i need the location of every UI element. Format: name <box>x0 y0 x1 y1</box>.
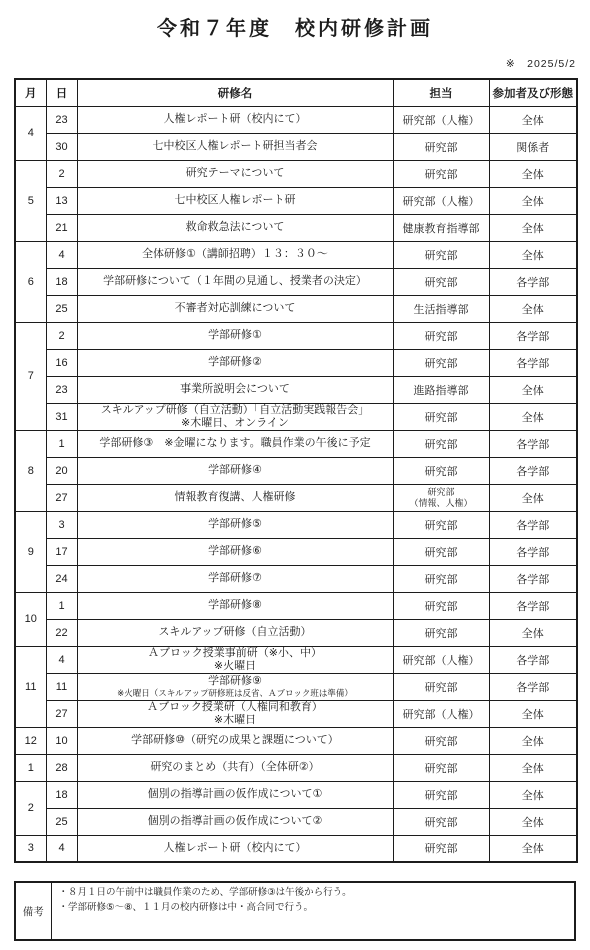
training-name: 事業所説明会について <box>180 383 290 395</box>
charge-cell: 研究部（人権） <box>393 106 489 133</box>
training-name-note: ※木曜日 <box>78 714 393 727</box>
participants-cell: 全体 <box>489 835 577 862</box>
day-cell: 24 <box>46 565 77 592</box>
charge-cell: 研究部 <box>393 835 489 862</box>
schedule-row: 72学部研修①研究部各学部 <box>15 322 577 349</box>
charge-cell: 進路指導部 <box>393 376 489 403</box>
charge-cell: 研究部 <box>393 403 489 430</box>
participants-cell: 各学部 <box>489 511 577 538</box>
day-cell: 1 <box>46 592 77 619</box>
training-name: 学部研修② <box>208 356 262 368</box>
day-cell: 16 <box>46 349 77 376</box>
charge-name: 研究部（人権） <box>403 115 480 127</box>
charge-cell: 研究部 <box>393 241 489 268</box>
charge-name: 研究部 <box>425 763 458 775</box>
participants-cell: 各学部 <box>489 565 577 592</box>
training-name-cell: 七中校区人権レポート研 <box>77 187 393 214</box>
charge-name: 研究部 <box>425 520 458 532</box>
day-cell: 13 <box>46 187 77 214</box>
schedule-row: 23事業所説明会について進路指導部全体 <box>15 376 577 403</box>
document-page: 令和７年度 校内研修計画 ※ 2025/5/2 月 日 研修名 担当 参加者及び… <box>0 12 590 941</box>
charge-name: 研究部 <box>425 817 458 829</box>
charge-name: 研究部（人権） <box>403 196 480 208</box>
remarks-row: 備考 ・８月１日の午前中は職員作業のため、学部研修③は午後から行う。 ・学部研修… <box>15 882 575 940</box>
charge-name: 研究部 <box>425 277 458 289</box>
day-cell: 28 <box>46 754 77 781</box>
training-name-cell: 個別の指導計画の仮作成について② <box>77 808 393 835</box>
day-cell: 22 <box>46 619 77 646</box>
month-cell: 4 <box>15 106 46 160</box>
participants-cell: 各学部 <box>489 268 577 295</box>
training-name: 研究のまとめ（共有）（全体研②） <box>150 761 319 773</box>
training-name: 七中校区人権レポート研 <box>175 194 296 206</box>
participants-cell: 全体 <box>489 160 577 187</box>
charge-note: （情報、人権） <box>394 498 489 509</box>
training-name: Ａブロック授業事前研（※小、中） <box>148 647 322 659</box>
training-name: 全体研修①（講師招聘）１３：３０～ <box>142 248 328 260</box>
participants-cell: 関係者 <box>489 133 577 160</box>
training-name-cell: Ａブロック授業事前研（※小、中）※火曜日 <box>77 646 393 673</box>
charge-name: 研究部 <box>425 358 458 370</box>
training-name: 不審者対応訓練について <box>175 302 296 314</box>
training-name: 学部研修について（１年間の見通し、授業者の決定） <box>103 275 367 287</box>
day-cell: 4 <box>46 835 77 862</box>
training-name-cell: 人権レポート研（校内にて） <box>77 835 393 862</box>
schedule-row: 21救命救急法について健康教育指導部全体 <box>15 214 577 241</box>
schedule-row: 27情報教育復講、人権研修研究部（情報、人権）全体 <box>15 484 577 511</box>
training-name: 人権レポート研（校内にて） <box>164 842 307 854</box>
training-name-cell: スキルアップ研修（自立活動） <box>77 619 393 646</box>
month-cell: 11 <box>15 646 46 727</box>
month-cell: 7 <box>15 322 46 430</box>
training-name-cell: 情報教育復講、人権研修 <box>77 484 393 511</box>
training-name-cell: Ａブロック授業研（人権同和教育）※木曜日 <box>77 700 393 727</box>
training-name-cell: 不審者対応訓練について <box>77 295 393 322</box>
schedule-body: 423人権レポート研（校内にて）研究部（人権）全体30七中校区人権レポート研担当… <box>15 106 577 862</box>
day-cell: 25 <box>46 295 77 322</box>
training-name-note: ※火曜日（スキルアップ研修班は反省、Ａブロック班は準備） <box>78 688 393 698</box>
month-cell: 6 <box>15 241 46 322</box>
training-name: 研究テーマについて <box>186 167 285 179</box>
schedule-row: 25不審者対応訓練について生活指導部全体 <box>15 295 577 322</box>
participants-cell: 全体 <box>489 106 577 133</box>
training-name: 救命救急法について <box>186 221 285 233</box>
schedule-row: 114Ａブロック授業事前研（※小、中）※火曜日研究部（人権）各学部 <box>15 646 577 673</box>
charge-cell: 研究部（人権） <box>393 700 489 727</box>
training-name: Ａブロック授業研（人権同和教育） <box>147 701 323 713</box>
charge-cell: 研究部 <box>393 673 489 700</box>
training-name-cell: 学部研修① <box>77 322 393 349</box>
training-name-cell: 学部研修⑦ <box>77 565 393 592</box>
charge-cell: 研究部（情報、人権） <box>393 484 489 511</box>
header-day: 日 <box>46 79 77 106</box>
charge-name: 健康教育指導部 <box>403 223 480 235</box>
training-name: 情報教育復講、人権研修 <box>175 491 296 503</box>
day-cell: 4 <box>46 646 77 673</box>
participants-cell: 各学部 <box>489 430 577 457</box>
training-name: 学部研修⑨ <box>208 675 262 687</box>
day-cell: 18 <box>46 268 77 295</box>
participants-cell: 各学部 <box>489 349 577 376</box>
training-name: 個別の指導計画の仮作成について② <box>148 815 323 827</box>
training-name: 個別の指導計画の仮作成について① <box>148 788 323 800</box>
training-name: 学部研修④ <box>208 464 262 476</box>
training-name: スキルアップ研修（自立活動） <box>158 626 311 638</box>
remarks-line: ・８月１日の午前中は職員作業のため、学部研修③は午後から行う。 <box>59 886 568 901</box>
training-name-cell: 学部研修について（１年間の見通し、授業者の決定） <box>77 268 393 295</box>
training-name-cell: 学部研修⑤ <box>77 511 393 538</box>
charge-name: 研究部 <box>425 412 458 424</box>
page-title: 令和７年度 校内研修計画 <box>0 12 590 41</box>
schedule-row: 52研究テーマについて研究部全体 <box>15 160 577 187</box>
training-name: 学部研修⑦ <box>208 572 262 584</box>
participants-cell: 全体 <box>489 781 577 808</box>
day-cell: 4 <box>46 241 77 268</box>
schedule-row: 27Ａブロック授業研（人権同和教育）※木曜日研究部（人権）全体 <box>15 700 577 727</box>
participants-cell: 各学部 <box>489 592 577 619</box>
month-cell: 12 <box>15 727 46 754</box>
training-name-cell: 学部研修② <box>77 349 393 376</box>
charge-name: 研究部 <box>425 547 458 559</box>
participants-cell: 全体 <box>489 187 577 214</box>
day-cell: 17 <box>46 538 77 565</box>
training-name-cell: 個別の指導計画の仮作成について① <box>77 781 393 808</box>
schedule-row: 18学部研修について（１年間の見通し、授業者の決定）研究部各学部 <box>15 268 577 295</box>
charge-name: 研究部 <box>394 487 489 498</box>
schedule-row: 17学部研修⑥研究部各学部 <box>15 538 577 565</box>
day-cell: 11 <box>46 673 77 700</box>
remarks-content: ・８月１日の午前中は職員作業のため、学部研修③は午後から行う。 ・学部研修⑤～⑧… <box>51 882 575 940</box>
participants-cell: 各学部 <box>489 673 577 700</box>
charge-name: 研究部 <box>425 790 458 802</box>
charge-cell: 研究部 <box>393 781 489 808</box>
training-name: 学部研修⑧ <box>208 599 262 611</box>
schedule-row: 93学部研修⑤研究部各学部 <box>15 511 577 538</box>
training-name: 学部研修⑩（研究の成果と課題について） <box>131 734 339 746</box>
schedule-row: 25個別の指導計画の仮作成について②研究部全体 <box>15 808 577 835</box>
schedule-row: 20学部研修④研究部各学部 <box>15 457 577 484</box>
schedule-row: 128研究のまとめ（共有）（全体研②）研究部全体 <box>15 754 577 781</box>
header-charge: 担当 <box>393 79 489 106</box>
remarks-label: 備考 <box>15 882 51 940</box>
participants-cell: 全体 <box>489 376 577 403</box>
day-cell: 23 <box>46 376 77 403</box>
charge-cell: 研究部 <box>393 160 489 187</box>
charge-cell: 研究部 <box>393 538 489 565</box>
training-name: 学部研修⑥ <box>208 545 262 557</box>
charge-name: 研究部 <box>425 466 458 478</box>
charge-name: 生活指導部 <box>414 304 469 316</box>
month-cell: 9 <box>15 511 46 592</box>
day-cell: 2 <box>46 322 77 349</box>
charge-cell: 研究部 <box>393 619 489 646</box>
training-name-cell: 学部研修④ <box>77 457 393 484</box>
charge-cell: 研究部（人権） <box>393 187 489 214</box>
header-participants: 参加者及び形態 <box>489 79 577 106</box>
charge-name: 研究部 <box>425 439 458 451</box>
charge-cell: 研究部 <box>393 133 489 160</box>
participants-cell: 全体 <box>489 727 577 754</box>
charge-name: 研究部 <box>425 142 458 154</box>
participants-cell: 全体 <box>489 484 577 511</box>
training-name-cell: スキルアップ研修（自立活動）「自立活動実践報告会」※木曜日、オンライン <box>77 403 393 430</box>
charge-name: 研究部（人権） <box>403 655 480 667</box>
day-cell: 25 <box>46 808 77 835</box>
charge-cell: 研究部 <box>393 349 489 376</box>
schedule-row: 64全体研修①（講師招聘）１３：３０～研究部全体 <box>15 241 577 268</box>
charge-name: 研究部（人権） <box>403 709 480 721</box>
training-name-cell: 救命救急法について <box>77 214 393 241</box>
month-cell: 5 <box>15 160 46 241</box>
charge-cell: 研究部 <box>393 322 489 349</box>
training-name: 学部研修① <box>208 329 262 341</box>
training-name: 学部研修③ ※金曜になります。職員作業の午後に予定 <box>99 437 370 449</box>
day-cell: 31 <box>46 403 77 430</box>
training-name-cell: 七中校区人権レポート研担当者会 <box>77 133 393 160</box>
training-name-cell: 研究のまとめ（共有）（全体研②） <box>77 754 393 781</box>
training-name-cell: 学部研修③ ※金曜になります。職員作業の午後に予定 <box>77 430 393 457</box>
day-cell: 27 <box>46 700 77 727</box>
training-name-cell: 学部研修⑩（研究の成果と課題について） <box>77 727 393 754</box>
schedule-row: 1210学部研修⑩（研究の成果と課題について）研究部全体 <box>15 727 577 754</box>
participants-cell: 各学部 <box>489 322 577 349</box>
charge-name: 研究部 <box>425 843 458 855</box>
participants-cell: 全体 <box>489 214 577 241</box>
participants-cell: 全体 <box>489 808 577 835</box>
participants-cell: 全体 <box>489 295 577 322</box>
month-cell: 2 <box>15 781 46 835</box>
header-row: 月 日 研修名 担当 参加者及び形態 <box>15 79 577 106</box>
day-cell: 27 <box>46 484 77 511</box>
training-name-cell: 全体研修①（講師招聘）１３：３０～ <box>77 241 393 268</box>
charge-cell: 研究部 <box>393 430 489 457</box>
day-cell: 10 <box>46 727 77 754</box>
day-cell: 20 <box>46 457 77 484</box>
day-cell: 3 <box>46 511 77 538</box>
day-cell: 21 <box>46 214 77 241</box>
training-name-cell: 研究テーマについて <box>77 160 393 187</box>
training-name-cell: 学部研修⑨※火曜日（スキルアップ研修班は反省、Ａブロック班は準備） <box>77 673 393 700</box>
schedule-row: 24学部研修⑦研究部各学部 <box>15 565 577 592</box>
charge-name: 研究部 <box>425 331 458 343</box>
charge-name: 研究部 <box>425 250 458 262</box>
date-note: ※ 2025/5/2 <box>14 56 576 71</box>
schedule-row: 423人権レポート研（校内にて）研究部（人権）全体 <box>15 106 577 133</box>
training-name-cell: 学部研修⑥ <box>77 538 393 565</box>
training-name-note: ※火曜日 <box>78 660 393 673</box>
day-cell: 1 <box>46 430 77 457</box>
participants-cell: 全体 <box>489 403 577 430</box>
charge-name: 進路指導部 <box>414 385 469 397</box>
header-month: 月 <box>15 79 46 106</box>
training-name: スキルアップ研修（自立活動）「自立活動実践報告会」 <box>101 404 370 416</box>
month-cell: 3 <box>15 835 46 862</box>
schedule-row: 81学部研修③ ※金曜になります。職員作業の午後に予定研究部各学部 <box>15 430 577 457</box>
schedule-row: 34人権レポート研（校内にて）研究部全体 <box>15 835 577 862</box>
charge-cell: 研究部 <box>393 268 489 295</box>
participants-cell: 全体 <box>489 700 577 727</box>
charge-name: 研究部 <box>425 169 458 181</box>
charge-cell: 研究部 <box>393 565 489 592</box>
charge-cell: 生活指導部 <box>393 295 489 322</box>
training-name-cell: 事業所説明会について <box>77 376 393 403</box>
charge-cell: 研究部 <box>393 727 489 754</box>
schedule-row: 22スキルアップ研修（自立活動）研究部全体 <box>15 619 577 646</box>
remarks-line: ・学部研修⑤～⑧、１１月の校内研修は中・高合同で行う。 <box>59 901 568 916</box>
charge-cell: 研究部 <box>393 808 489 835</box>
training-name-note: ※木曜日、オンライン <box>78 417 393 430</box>
day-cell: 18 <box>46 781 77 808</box>
participants-cell: 全体 <box>489 619 577 646</box>
charge-name: 研究部 <box>425 628 458 640</box>
charge-name: 研究部 <box>425 736 458 748</box>
charge-name: 研究部 <box>425 601 458 613</box>
header-training-name: 研修名 <box>77 79 393 106</box>
schedule-row: 13七中校区人権レポート研研究部（人権）全体 <box>15 187 577 214</box>
charge-name: 研究部 <box>425 682 458 694</box>
training-name: 七中校区人権レポート研担当者会 <box>153 140 318 152</box>
participants-cell: 各学部 <box>489 538 577 565</box>
charge-cell: 研究部 <box>393 511 489 538</box>
schedule-row: 101学部研修⑧研究部各学部 <box>15 592 577 619</box>
participants-cell: 全体 <box>489 754 577 781</box>
charge-cell: 研究部（人権） <box>393 646 489 673</box>
month-cell: 8 <box>15 430 46 511</box>
month-cell: 10 <box>15 592 46 646</box>
participants-cell: 各学部 <box>489 457 577 484</box>
charge-cell: 健康教育指導部 <box>393 214 489 241</box>
training-name-cell: 人権レポート研（校内にて） <box>77 106 393 133</box>
training-name: 人権レポート研（校内にて） <box>164 113 307 125</box>
schedule-row: 30七中校区人権レポート研担当者会研究部関係者 <box>15 133 577 160</box>
day-cell: 23 <box>46 106 77 133</box>
training-name-cell: 学部研修⑧ <box>77 592 393 619</box>
schedule-row: 31スキルアップ研修（自立活動）「自立活動実践報告会」※木曜日、オンライン研究部… <box>15 403 577 430</box>
charge-cell: 研究部 <box>393 592 489 619</box>
participants-cell: 全体 <box>489 241 577 268</box>
participants-cell: 各学部 <box>489 646 577 673</box>
charge-cell: 研究部 <box>393 754 489 781</box>
schedule-row: 11学部研修⑨※火曜日（スキルアップ研修班は反省、Ａブロック班は準備）研究部各学… <box>15 673 577 700</box>
schedule-row: 16学部研修②研究部各学部 <box>15 349 577 376</box>
schedule-table: 月 日 研修名 担当 参加者及び形態 423人権レポート研（校内にて）研究部（人… <box>14 78 578 863</box>
remarks-box: 備考 ・８月１日の午前中は職員作業のため、学部研修③は午後から行う。 ・学部研修… <box>14 881 576 941</box>
charge-cell: 研究部 <box>393 457 489 484</box>
day-cell: 30 <box>46 133 77 160</box>
month-cell: 1 <box>15 754 46 781</box>
schedule-row: 218個別の指導計画の仮作成について①研究部全体 <box>15 781 577 808</box>
charge-name: 研究部 <box>425 574 458 586</box>
training-name: 学部研修⑤ <box>208 518 262 530</box>
day-cell: 2 <box>46 160 77 187</box>
